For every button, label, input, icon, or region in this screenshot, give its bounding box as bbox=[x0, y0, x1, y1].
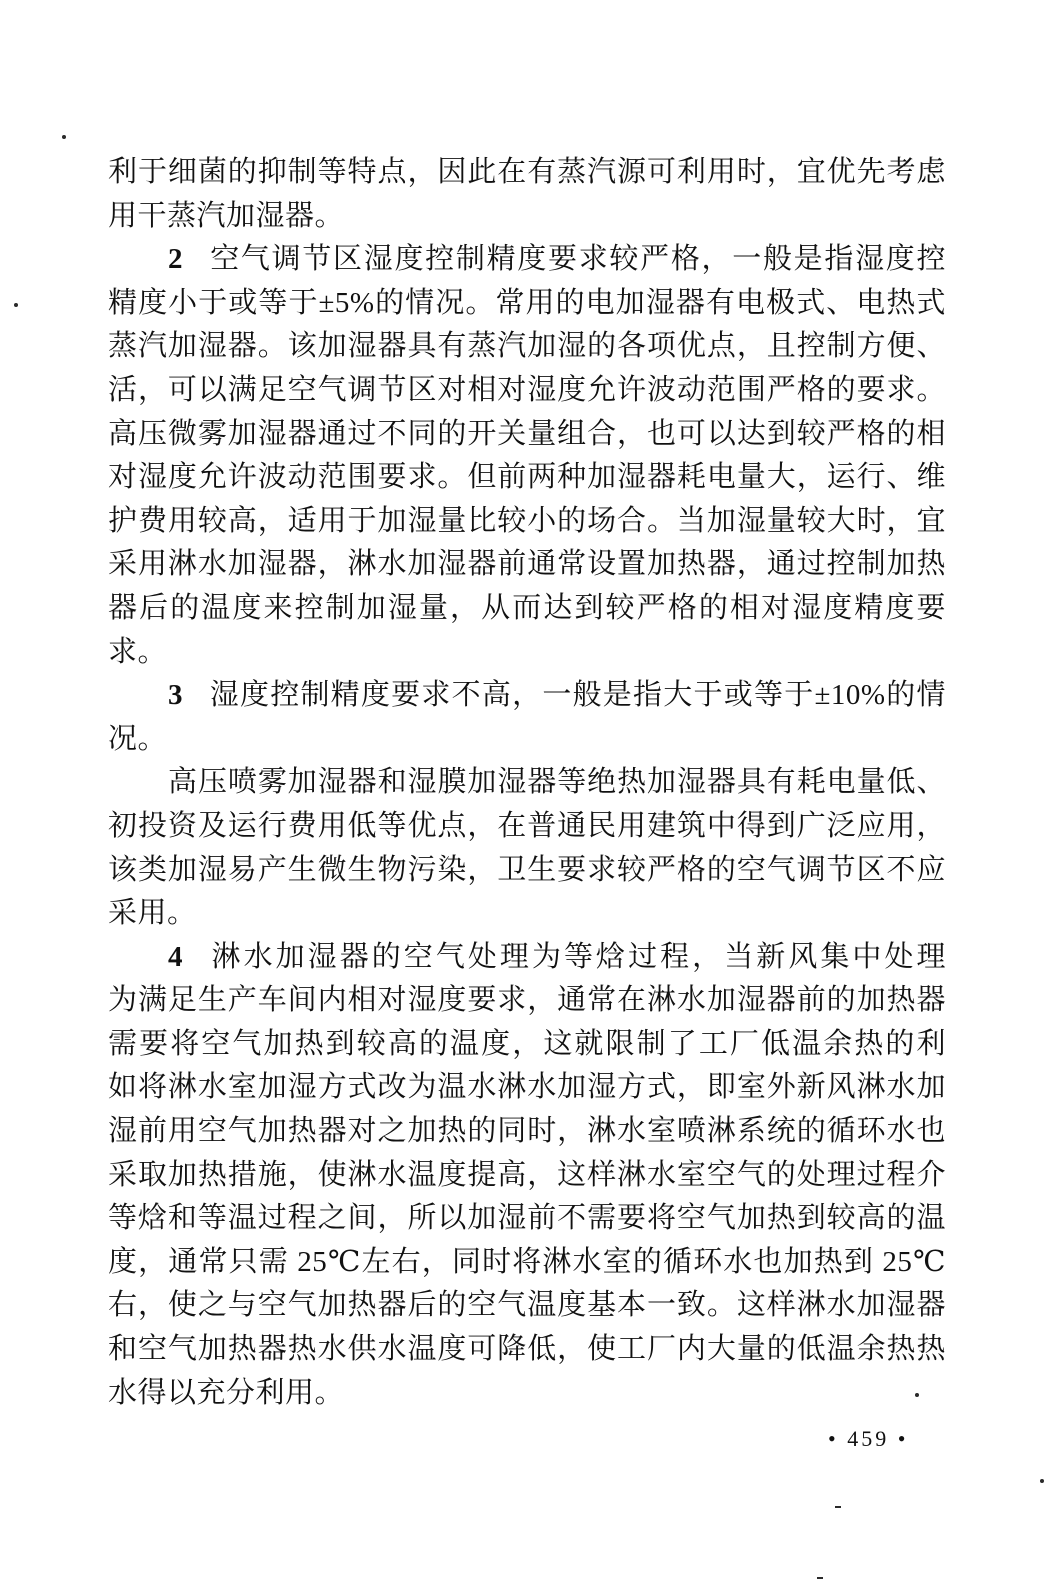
line-text: 空气调节区湿度控制精度要求较严格，一般是指湿度控制 bbox=[168, 243, 946, 282]
body-text: 利于细菌的抑制等特点，因此在有蒸汽源可利用时，宜优先考虑采用干蒸汽加湿器。2空气… bbox=[108, 151, 946, 1415]
text-line: 蒸汽加湿器。该加湿器具有蒸汽加湿的各项优点，且控制方便、灵 bbox=[108, 325, 946, 369]
text-line: 采用淋水加湿器，淋水加湿器前通常设置加热器，通过控制加热 bbox=[108, 543, 946, 587]
text-line: 对湿度允许波动范围要求。但前两种加湿器耗电量大，运行、维 bbox=[108, 456, 946, 500]
text-line: 3湿度控制精度要求不高，一般是指大于或等于±10%的情 bbox=[108, 674, 946, 718]
text-line: 为满足生产车间内相对湿度要求，通常在淋水加湿器前的加热器 bbox=[108, 979, 946, 1023]
line-text: 水得以充分利用。 bbox=[108, 1377, 344, 1409]
line-text: 湿度控制精度要求不高，一般是指大于或等于±10%的情 bbox=[209, 679, 946, 711]
line-text: 蒸汽加湿器。该加湿器具有蒸汽加湿的各项优点，且控制方便、灵 bbox=[108, 330, 946, 369]
text-line: 采用。 bbox=[108, 892, 946, 936]
line-text: 求。 bbox=[108, 636, 167, 668]
scan-speck bbox=[14, 303, 18, 307]
document-page: 利于细菌的抑制等特点，因此在有蒸汽源可利用时，宜优先考虑采用干蒸汽加湿器。2空气… bbox=[0, 0, 1058, 1586]
line-text: 和空气加热器热水供水温度可降低，使工厂内大量的低温余热热 bbox=[108, 1333, 946, 1365]
text-line: 精度小于或等于±5%的情况。常用的电加湿器有电极式、电热式 bbox=[108, 282, 946, 326]
text-line: 如将淋水室加湿方式改为温水淋水加湿方式，即室外新风淋水加 bbox=[108, 1066, 946, 1110]
line-text: 器后的温度来控制加湿量，从而达到较严格的相对湿度精度要 bbox=[108, 592, 946, 624]
text-line: 2空气调节区湿度控制精度要求较严格，一般是指湿度控制 bbox=[108, 238, 946, 282]
line-text: 采用。 bbox=[108, 897, 197, 929]
line-text: 况。 bbox=[108, 723, 167, 755]
line-text: 为满足生产车间内相对湿度要求，通常在淋水加湿器前的加热器 bbox=[108, 984, 946, 1016]
text-line: 4淋水加湿器的空气处理为等焓过程，当新风集中处理时， bbox=[108, 936, 946, 980]
text-line: 利于细菌的抑制等特点，因此在有蒸汽源可利用时，宜优先考虑采 bbox=[108, 151, 946, 195]
text-line: 需要将空气加热到较高的温度，这就限制了工厂低温余热的利用。 bbox=[108, 1023, 946, 1067]
text-line: 初投资及运行费用低等优点，在普通民用建筑中得到广泛应用，但 bbox=[108, 805, 946, 849]
text-line: 度，通常只需 25℃左右，同时将淋水室的循环水也加热到 25℃左 bbox=[108, 1241, 946, 1285]
text-line: 器后的温度来控制加湿量，从而达到较严格的相对湿度精度要 bbox=[108, 587, 946, 631]
line-text: 高压喷雾加湿器和湿膜加湿器等绝热加湿器具有耗电量低、 bbox=[168, 766, 946, 798]
text-line: 活，可以满足空气调节区对相对湿度允许波动范围严格的要求。 bbox=[108, 369, 946, 413]
line-text: 活，可以满足空气调节区对相对湿度允许波动范围严格的要求。 bbox=[108, 374, 946, 406]
scan-speck bbox=[62, 135, 66, 139]
text-line: 用干蒸汽加湿器。 bbox=[108, 195, 946, 239]
text-line: 况。 bbox=[108, 718, 946, 762]
text-line: 高压微雾加湿器通过不同的开关量组合，也可以达到较严格的相 bbox=[108, 413, 946, 457]
text-line: 等焓和等温过程之间，所以加湿前不需要将空气加热到较高的温 bbox=[108, 1197, 946, 1241]
line-text: 度，通常只需 25℃左右，同时将淋水室的循环水也加热到 25℃左 bbox=[108, 1246, 946, 1285]
line-text: 采用淋水加湿器，淋水加湿器前通常设置加热器，通过控制加热 bbox=[108, 548, 946, 580]
paragraph-number: 4 bbox=[168, 941, 183, 973]
line-text: 护费用较高，适用于加湿量比较小的场合。当加湿量较大时，宜 bbox=[108, 505, 946, 537]
text-line: 采取加热措施，使淋水温度提高，这样淋水室空气的处理过程介于 bbox=[108, 1154, 946, 1198]
line-text: 利于细菌的抑制等特点，因此在有蒸汽源可利用时，宜优先考虑采 bbox=[108, 156, 946, 195]
scan-speck bbox=[817, 1577, 823, 1579]
text-line: 求。 bbox=[108, 631, 946, 675]
line-text: 等焓和等温过程之间，所以加湿前不需要将空气加热到较高的温 bbox=[108, 1202, 946, 1234]
line-text: 右，使之与空气加热器后的空气温度基本一致。这样淋水加湿器 bbox=[108, 1289, 946, 1321]
text-line: 右，使之与空气加热器后的空气温度基本一致。这样淋水加湿器 bbox=[108, 1284, 946, 1328]
paragraph-number: 2 bbox=[168, 243, 183, 275]
line-text: 该类加湿易产生微生物污染，卫生要求较严格的空气调节区不应 bbox=[108, 854, 946, 886]
line-text: 如将淋水室加湿方式改为温水淋水加湿方式，即室外新风淋水加 bbox=[108, 1071, 946, 1103]
text-line: 高压喷雾加湿器和湿膜加湿器等绝热加湿器具有耗电量低、 bbox=[108, 761, 946, 805]
line-text: 湿前用空气加热器对之加热的同时，淋水室喷淋系统的循环水也 bbox=[108, 1115, 946, 1147]
text-line: 和空气加热器热水供水温度可降低，使工厂内大量的低温余热热 bbox=[108, 1328, 946, 1372]
line-text: 用干蒸汽加湿器。 bbox=[108, 200, 344, 232]
line-text: 淋水加湿器的空气处理为等焓过程，当新风集中处理时， bbox=[168, 941, 946, 980]
line-text: 精度小于或等于±5%的情况。常用的电加湿器有电极式、电热式 bbox=[108, 287, 946, 319]
line-text: 需要将空气加热到较高的温度，这就限制了工厂低温余热的利用。 bbox=[108, 1028, 946, 1067]
line-text: 对湿度允许波动范围要求。但前两种加湿器耗电量大，运行、维 bbox=[108, 461, 946, 493]
scan-speck bbox=[915, 1393, 919, 1397]
scan-speck bbox=[1040, 1479, 1044, 1483]
line-text: 初投资及运行费用低等优点，在普通民用建筑中得到广泛应用，但 bbox=[108, 810, 946, 849]
line-text: 高压微雾加湿器通过不同的开关量组合，也可以达到较严格的相 bbox=[108, 418, 946, 450]
text-line: 湿前用空气加热器对之加热的同时，淋水室喷淋系统的循环水也 bbox=[108, 1110, 946, 1154]
paragraph-number: 3 bbox=[168, 679, 183, 711]
text-line: 水得以充分利用。 bbox=[108, 1372, 946, 1416]
line-text: 采取加热措施，使淋水温度提高，这样淋水室空气的处理过程介于 bbox=[108, 1159, 946, 1198]
scan-speck bbox=[835, 1506, 841, 1508]
text-line: 该类加湿易产生微生物污染，卫生要求较严格的空气调节区不应 bbox=[108, 849, 946, 893]
page-number: • 459 • bbox=[828, 1426, 908, 1452]
text-line: 护费用较高，适用于加湿量比较小的场合。当加湿量较大时，宜 bbox=[108, 500, 946, 544]
